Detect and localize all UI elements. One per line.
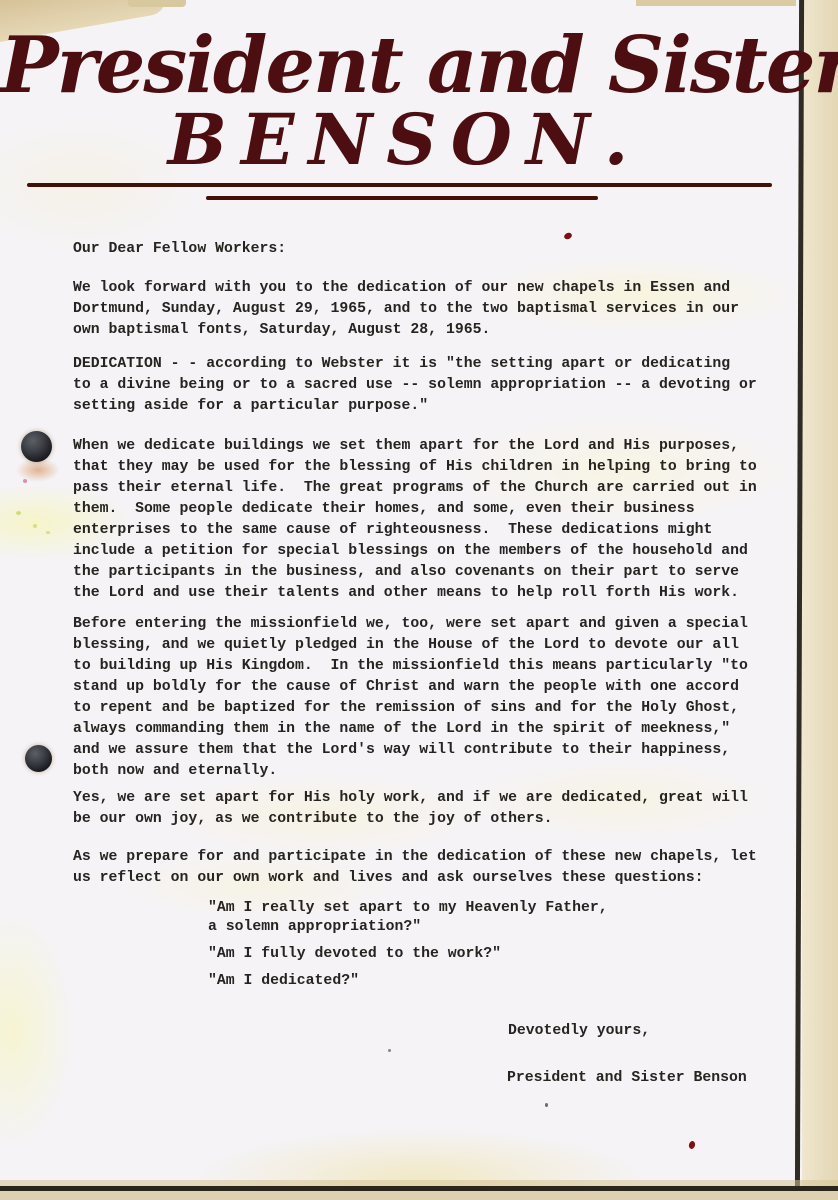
scan-margin-right	[802, 0, 838, 1200]
letter-paragraph-dedicating-buildings: When we dedicate buildings we set them a…	[73, 436, 789, 604]
paper-speck	[388, 1049, 391, 1052]
letter-signature: President and Sister Benson	[507, 1068, 797, 1089]
letter-question-dedicated: "Am I dedicated?"	[208, 972, 768, 991]
paper-speck	[46, 531, 50, 534]
letterhead-rule-secondary	[206, 196, 598, 200]
letter-paragraph-webster-definition: DEDICATION - - according to Webster it i…	[73, 354, 789, 417]
letterhead-title-period: .	[604, 98, 628, 181]
letter-paragraph-missionfield: Before entering the missionfield we, too…	[73, 614, 789, 782]
letter-paragraph-set-apart: Yes, we are set apart for His holy work,…	[73, 788, 789, 830]
paper-speck	[545, 1103, 548, 1107]
paper-speck	[23, 479, 27, 483]
letter-salutation: Our Dear Fellow Workers:	[73, 239, 789, 260]
letterhead-title-line2: BENSON.	[0, 102, 796, 178]
letter-question-devoted: "Am I fully devoted to the work?"	[208, 945, 768, 964]
letterhead-title-line1: President and Sister	[0, 24, 796, 108]
ink-speck	[688, 1140, 696, 1149]
punch-hole-bottom	[25, 745, 52, 772]
letter-closing: Devotedly yours,	[508, 1021, 788, 1042]
paper-speck	[16, 511, 21, 515]
letterhead-rule-primary	[27, 183, 772, 187]
scan-margin-bottom	[0, 1191, 838, 1200]
letter-question-set-apart: "Am I really set apart to my Heavenly Fa…	[208, 899, 768, 937]
letter-paragraph-dedication-announcement: We look forward with you to the dedicati…	[73, 278, 789, 341]
scanned-letter-page: President and Sister BENSON. Our Dear Fe…	[0, 0, 838, 1200]
letter-paragraph-reflect: As we prepare for and participate in the…	[73, 847, 789, 889]
letterhead-title-line2-text: BENSON	[168, 98, 604, 181]
paper-speck	[33, 524, 37, 528]
paper-stain-top-right-edge	[636, 0, 796, 6]
punch-hole-top	[21, 431, 52, 462]
paper-stain-top-edge	[128, 0, 186, 7]
